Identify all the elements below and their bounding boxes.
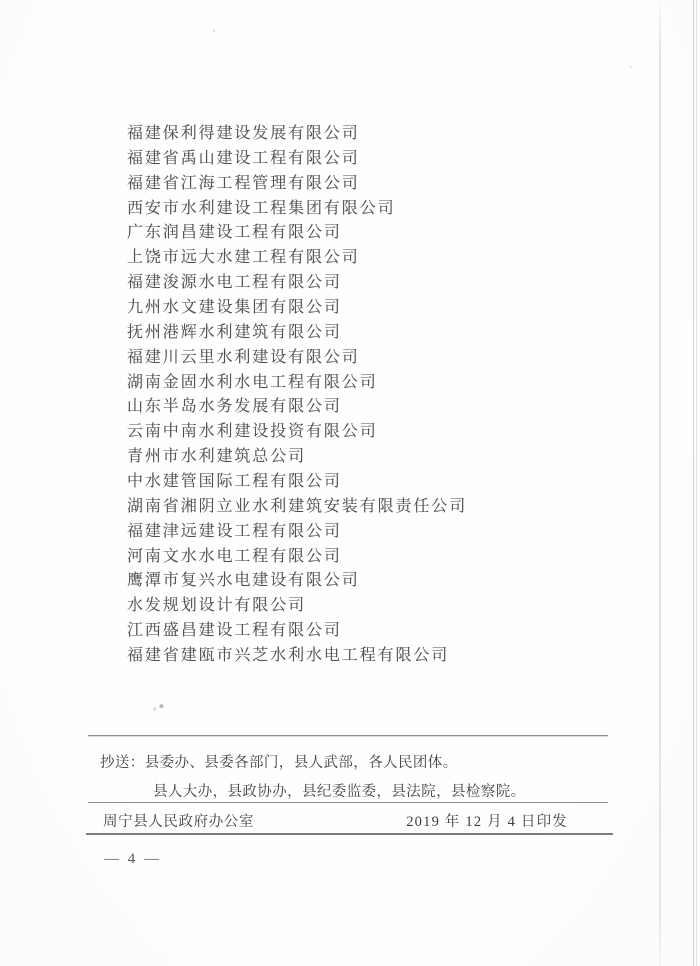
company-list-item: 山东半岛水务发展有限公司 [127,395,467,420]
scan-speck [213,30,215,32]
company-list-item: 湖南金固水利水电工程有限公司 [127,371,467,396]
company-list-item: 福建省禹山建设工程有限公司 [127,147,467,172]
company-list-item: 中水建管国际工程有限公司 [127,470,467,495]
company-list-item: 湖南省湘阴立业水利建筑安装有限责任公司 [127,495,467,520]
page-number: — 4 — [104,851,162,868]
divider-line-top [88,735,608,736]
print-date: 2019 年 12 月 4 日印发 [406,810,568,831]
scanned-document-page: 福建保利得建设发展有限公司福建省禹山建设工程有限公司福建省江海工程管理有限公司西… [0,0,700,966]
company-list-item: 九州水文建设集团有限公司 [127,296,467,321]
divider-line-bottom [86,833,613,835]
scan-smudge [153,703,165,711]
company-list-item: 抚州港辉水利建筑有限公司 [127,321,467,346]
company-list-item: 水发规划设计有限公司 [127,594,467,619]
issuing-office: 周宁县人民政府办公室 [103,810,254,831]
company-list-item: 鹰潭市复兴水电建设有限公司 [127,569,467,594]
company-list-item: 福建保利得建设发展有限公司 [127,122,467,147]
cc-recipients-line-1: 抄送：县委办、县委各部门，县人武部，各人民团体。 [100,751,458,772]
company-list-item: 云南中南水利建设投资有限公司 [127,420,467,445]
company-list-item: 福建川云里水利建设有限公司 [127,346,467,371]
cc-recipients-line-2: 县人大办，县政协办，县纪委监委，县法院，县检察院。 [153,780,526,801]
scan-speck [630,66,632,68]
company-list-item: 福建省江海工程管理有限公司 [127,172,467,197]
company-list-item: 福建津远建设工程有限公司 [127,520,467,545]
company-list: 福建保利得建设发展有限公司福建省禹山建设工程有限公司福建省江海工程管理有限公司西… [127,122,467,669]
company-list-item: 青州市水利建筑总公司 [127,445,467,470]
scan-edge-line [693,0,694,966]
company-list-item: 福建省建瓯市兴芝水利水电工程有限公司 [127,644,467,669]
company-list-item: 广东润昌建设工程有限公司 [127,221,467,246]
divider-line-middle [88,802,608,803]
scan-edge-line [659,0,661,966]
company-list-item: 西安市水利建设工程集团有限公司 [127,197,467,222]
company-list-item: 河南文水水电工程有限公司 [127,545,467,570]
company-list-item: 江西盛昌建设工程有限公司 [127,619,467,644]
company-list-item: 上饶市远大水建工程有限公司 [127,246,467,271]
company-list-item: 福建浚源水电工程有限公司 [127,271,467,296]
scan-edge-line [696,0,697,966]
